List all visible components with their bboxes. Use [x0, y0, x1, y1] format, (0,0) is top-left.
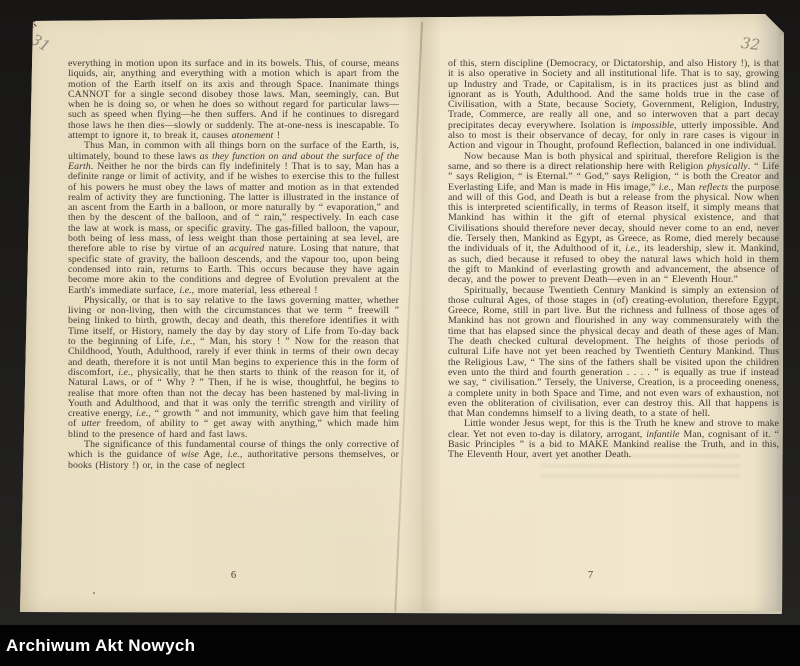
cross-scribble-icon	[25, 19, 37, 29]
archive-caption-bar: Archiwum Akt Nowych	[0, 625, 800, 666]
paragraph: Thus Man, in common with all things born…	[68, 141, 399, 295]
paragraph: Now because Man is both physical and spi…	[448, 152, 779, 286]
paragraph: Physically, or that is to say relative t…	[68, 296, 399, 440]
paper-speck	[93, 592, 95, 594]
photo-backdrop: 31 32 everything in motion upon its surf…	[0, 0, 800, 666]
paragraph: The significance of this fundamental cou…	[68, 440, 399, 471]
handwritten-folio-left: 31	[28, 30, 54, 55]
page-number-left: 6	[68, 570, 399, 581]
paragraph: Little wonder Jesus wept, for this is th…	[448, 419, 779, 460]
page-edge-right	[779, 36, 783, 613]
paragraph: everything in motion upon its surface an…	[68, 59, 399, 141]
page-edge-bottom	[290, 611, 781, 614]
right-page-text: of this, stern discipline (Democracy, or…	[448, 59, 779, 461]
left-page-text: everything in motion upon its surface an…	[68, 59, 399, 471]
archive-caption-label: Archiwum Akt Nowych	[6, 636, 195, 656]
handwritten-folio-right: 32	[740, 34, 761, 54]
page-number-right: 7	[425, 570, 756, 581]
paragraph: of this, stern discipline (Democracy, or…	[448, 59, 779, 152]
book-scan: 31 32 everything in motion upon its surf…	[20, 14, 784, 615]
paragraph: Spiritually, because Twentieth Century M…	[448, 286, 779, 420]
